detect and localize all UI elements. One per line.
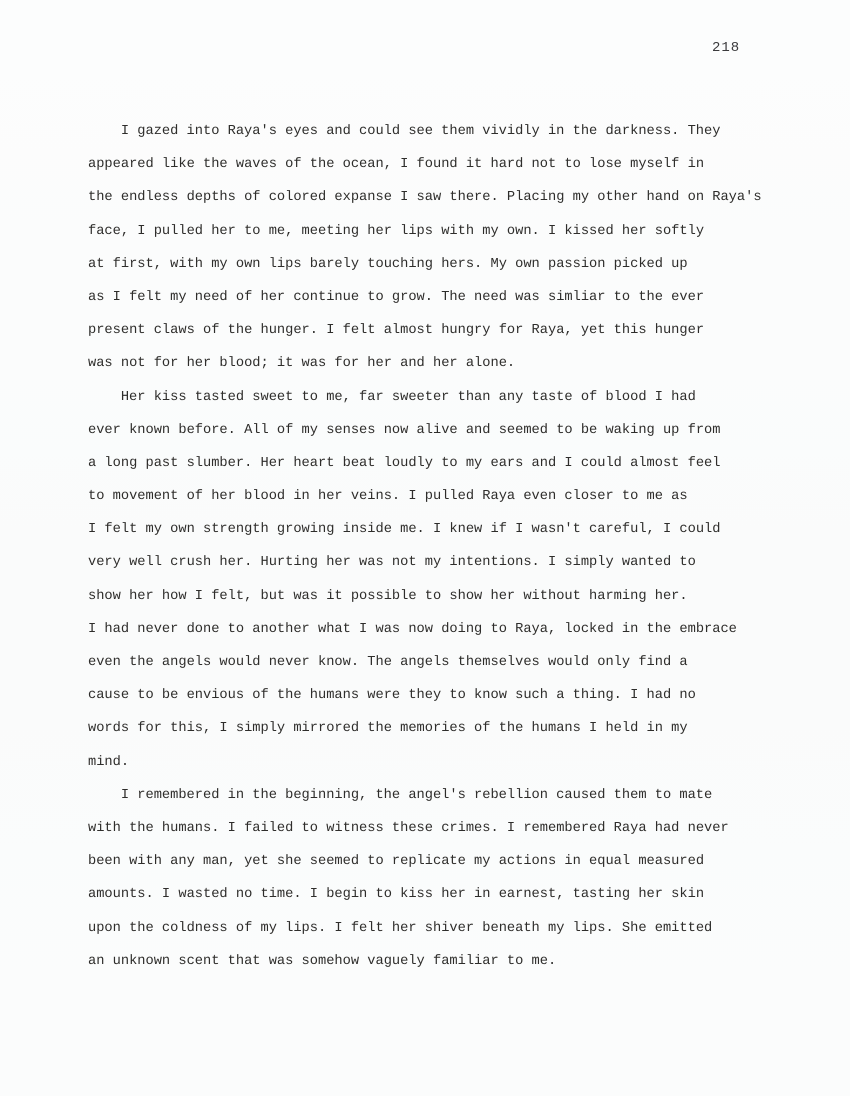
text-line: upon the coldness of my lips. I felt her… — [88, 912, 800, 945]
text-line: amounts. I wasted no time. I begin to ki… — [88, 878, 800, 911]
text-line: I gazed into Raya's eyes and could see t… — [88, 115, 800, 148]
text-line: show her how I felt, but was it possible… — [88, 580, 800, 613]
text-line: been with any man, yet she seemed to rep… — [88, 845, 800, 878]
text-line: to movement of her blood in her veins. I… — [88, 480, 800, 513]
text-line: an unknown scent that was somehow vaguel… — [88, 945, 800, 978]
text-line: as I felt my need of her continue to gro… — [88, 281, 800, 314]
text-line: a long past slumber. Her heart beat loud… — [88, 447, 800, 480]
paragraph: Her kiss tasted sweet to me, far sweeter… — [88, 381, 800, 779]
page-body: I gazed into Raya's eyes and could see t… — [88, 115, 800, 978]
paragraph: I gazed into Raya's eyes and could see t… — [88, 115, 800, 381]
page-number: 218 — [712, 40, 740, 56]
text-line: mind. — [88, 746, 800, 779]
text-line: was not for her blood; it was for her an… — [88, 347, 800, 380]
text-line: with the humans. I failed to witness the… — [88, 812, 800, 845]
text-line: I remembered in the beginning, the angel… — [88, 779, 800, 812]
text-line: cause to be envious of the humans were t… — [88, 679, 800, 712]
text-line: I felt my own strength growing inside me… — [88, 513, 800, 546]
text-line: ever known before. All of my senses now … — [88, 414, 800, 447]
text-line: very well crush her. Hurting her was not… — [88, 546, 800, 579]
text-line: face, I pulled her to me, meeting her li… — [88, 215, 800, 248]
text-line: at first, with my own lips barely touchi… — [88, 248, 800, 281]
text-line: I had never done to another what I was n… — [88, 613, 800, 646]
text-line: Her kiss tasted sweet to me, far sweeter… — [88, 381, 800, 414]
paragraph: I remembered in the beginning, the angel… — [88, 779, 800, 978]
manuscript-page: 218 I gazed into Raya's eyes and could s… — [0, 0, 850, 1096]
text-line: even the angels would never know. The an… — [88, 646, 800, 679]
text-line: words for this, I simply mirrored the me… — [88, 712, 800, 745]
text-line: the endless depths of colored expanse I … — [88, 181, 800, 214]
text-line: appeared like the waves of the ocean, I … — [88, 148, 800, 181]
text-line: present claws of the hunger. I felt almo… — [88, 314, 800, 347]
